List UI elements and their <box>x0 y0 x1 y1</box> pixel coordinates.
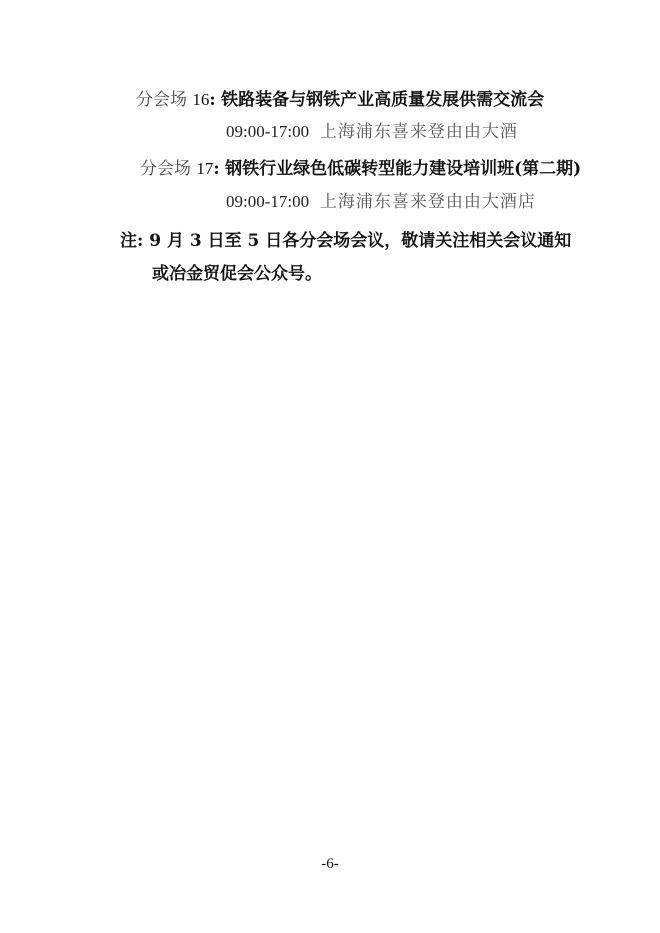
session-17-details: 09:00-17:00 上海浦东喜来登由由大酒店 <box>226 192 536 212</box>
session-title: 钢铁行业绿色低碳转型能力建设培训班(第二期) <box>225 159 581 179</box>
note-text: 或冶金贸促会公众号。 <box>152 264 322 284</box>
colon: : <box>209 90 215 110</box>
session-number: 16 <box>192 90 209 109</box>
session-17-heading: 分会场 17: 钢铁行业绿色低碳转型能力建设培训班(第二期) <box>140 159 581 179</box>
session-venue: 上海浦东喜来登由由大酒店 <box>320 192 536 212</box>
session-label: 分会场 <box>140 159 191 179</box>
note-text: 9 月 3 日至 5 日各分会场会议，敬请关注相关会议通知 <box>149 231 571 251</box>
note-prefix: 注: <box>120 231 143 251</box>
session-time: 09:00-17:00 <box>226 192 309 211</box>
session-title: 铁路装备与钢铁产业高质量发展供需交流会 <box>221 90 544 110</box>
note-line-2: 或冶金贸促会公众号。 <box>152 264 322 284</box>
colon: : <box>213 159 219 179</box>
session-venue: 上海浦东喜来登由由大酒 <box>320 122 518 142</box>
session-label: 分会场 <box>136 90 187 110</box>
session-16-details: 09:00-17:00 上海浦东喜来登由由大酒 <box>226 122 518 142</box>
note-line-1: 注: 9 月 3 日至 5 日各分会场会议，敬请关注相关会议通知 <box>120 231 571 251</box>
page-number: -6- <box>0 856 660 873</box>
session-time: 09:00-17:00 <box>226 122 309 141</box>
session-number: 17 <box>196 159 213 178</box>
session-16-heading: 分会场 16: 铁路装备与钢铁产业高质量发展供需交流会 <box>136 90 544 110</box>
